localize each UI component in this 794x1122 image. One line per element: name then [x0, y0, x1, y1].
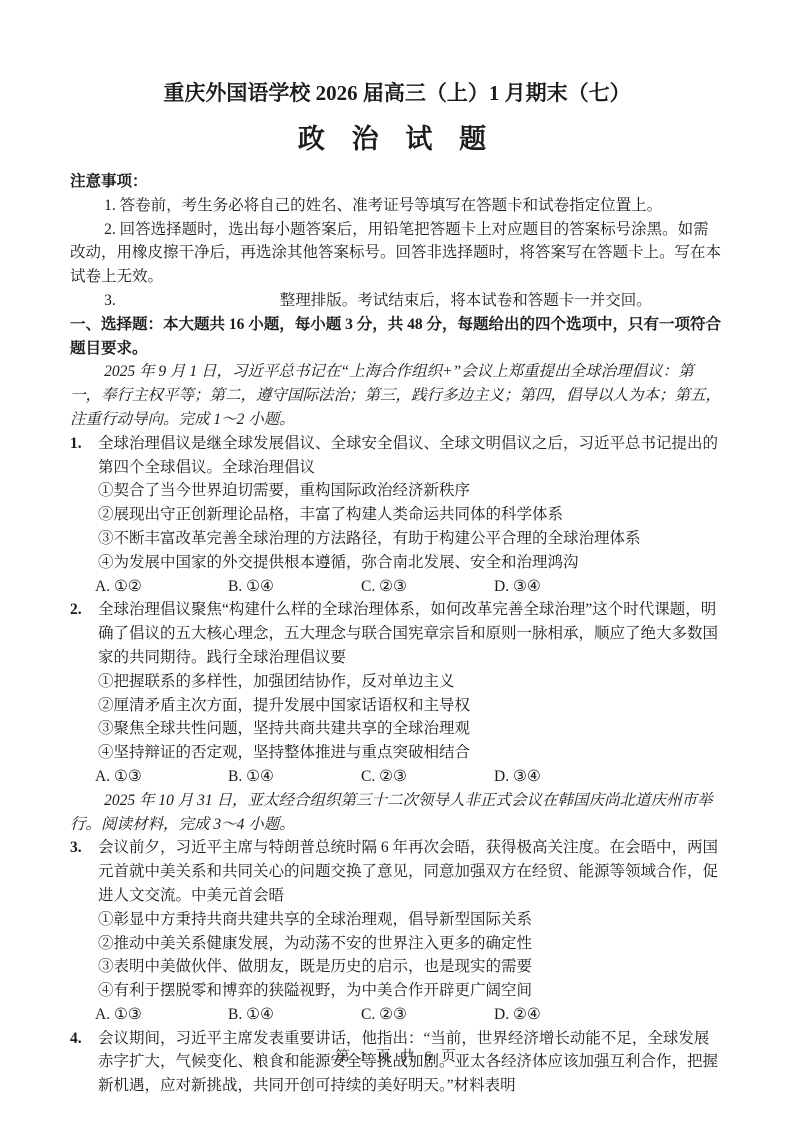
question-1-item-3: ③不断丰富改革完善全球治理的方法路径，有助于构建公平合理的全球治理体系 [98, 527, 724, 551]
question-2: 2.全球治理倡议聚焦“构建什么样的全球治理体系，如何改革完善全球治理”这个时代课… [70, 598, 724, 788]
question-1-option-a: A. ①② [95, 575, 228, 599]
question-1-options: A. ①②B. ①④C. ②③D. ③④ [95, 575, 724, 599]
question-1-option-d: D. ③④ [494, 575, 541, 599]
question-3-stem: 3.会议前夕，习近平主席与特朗普总统时隔 6 年再次会晤，获得极高关注度。在会晤… [98, 836, 724, 907]
notice-item-3-suffix: 整理排版。考试结束后，将本试卷和答题卡一并交回。 [280, 292, 652, 309]
page-footer: 第 1 页 共 6 页 [0, 1045, 794, 1066]
question-2-item-2: ②厘清矛盾主次方面，提升发展中国家话语权和主导权 [98, 694, 724, 718]
exam-paper-page: 重庆外国语学校 2026 届高三（上）1 月期末（七） 政 治 试 题 注意事项… [0, 0, 794, 1122]
notices-heading: 注意事项： [70, 170, 724, 194]
question-1-item-2: ②展现出守正创新理论品格，丰富了构建人类命运共同体的科学体系 [98, 503, 724, 527]
question-2-option-d: D. ③④ [494, 765, 541, 789]
page-title: 重庆外国语学校 2026 届高三（上）1 月期末（七） [70, 78, 724, 108]
question-3-options: A. ①③B. ①④C. ②③D. ②④ [95, 1003, 724, 1027]
question-3-option-d: D. ②④ [494, 1003, 541, 1027]
question-3-option-c: C. ②③ [361, 1003, 494, 1027]
notice-item-1: 1. 答卷前，考生务必将自己的姓名、准考证号等填写在答题卡和试卷指定位置上。 [70, 194, 724, 218]
question-2-item-1: ①把握联系的多样性，加强团结协作，反对单边主义 [98, 670, 724, 694]
question-2-stem-text: 全球治理倡议聚焦“构建什么样的全球治理体系，如何改革完善全球治理”这个时代课题，… [98, 601, 718, 666]
question-2-item-3: ③聚焦全球共性问题，坚持共商共建共享的全球治理观 [98, 717, 724, 741]
question-3-option-b: B. ①④ [228, 1003, 361, 1027]
material-intro-2: 2025 年 10 月 31 日，亚太经合组织第三十二次领导人非正式会议在韩国庆… [70, 789, 724, 837]
page-subtitle: 政 治 试 题 [70, 120, 724, 158]
notice-item-3-blank-space [116, 304, 280, 305]
question-2-option-a: A. ①③ [95, 765, 228, 789]
question-1: 1.全球治理倡议是继全球发展倡议、全球安全倡议、全球文明倡议之后，习近平总书记提… [70, 432, 724, 599]
question-3: 3.会议前夕，习近平主席与特朗普总统时隔 6 年再次会晤，获得极高关注度。在会晤… [70, 836, 724, 1026]
question-1-option-c: C. ②③ [361, 575, 494, 599]
material-intro-1: 2025 年 9 月 1 日，习近平总书记在“上海合作组织+”会议上郑重提出全球… [70, 360, 724, 431]
question-3-item-2: ②推动中美关系健康发展，为动荡不安的世界注入更多的确定性 [98, 932, 724, 956]
page-content: 重庆外国语学校 2026 届高三（上）1 月期末（七） 政 治 试 题 注意事项… [70, 78, 724, 1098]
question-3-item-4: ④有利于摆脱零和博弈的狭隘视野，为中美合作开辟更广阔空间 [98, 979, 724, 1003]
question-3-number: 3. [70, 836, 98, 860]
question-2-options: A. ①③B. ①④C. ②③D. ③④ [95, 765, 724, 789]
question-3-option-a: A. ①③ [95, 1003, 228, 1027]
notice-item-3-prefix: 3. [104, 292, 116, 309]
question-1-stem-text: 全球治理倡议是继全球发展倡议、全球安全倡议、全球文明倡议之后，习近平总书记提出的… [98, 435, 718, 476]
question-1-item-1: ①契合了当今世界迫切需要，重构国际政治经济新秩序 [98, 479, 724, 503]
question-3-item-1: ①彰显中方秉持共商共建共享的全球治理观，倡导新型国际关系 [98, 908, 724, 932]
question-1-item-4: ④为发展中国家的外交提供根本遵循，弥合南北发展、安全和治理鸿沟 [98, 551, 724, 575]
question-2-option-c: C. ②③ [361, 765, 494, 789]
question-1-number: 1. [70, 432, 98, 456]
question-1-option-b: B. ①④ [228, 575, 361, 599]
section-heading-choice-questions: 一、选择题：本大题共 16 小题，每小题 3 分，共 48 分，每题给出的四个选… [70, 313, 724, 361]
notice-item-2: 2. 回答选择题时，选出每小题答案后，用铅笔把答题卡上对应题目的答案标号涂黑。如… [70, 218, 724, 289]
notice-item-3: 3.整理排版。考试结束后，将本试卷和答题卡一并交回。 [70, 289, 724, 313]
question-2-item-4: ④坚持辩证的否定观，坚持整体推进与重点突破相结合 [98, 741, 724, 765]
question-2-option-b: B. ①④ [228, 765, 361, 789]
page-body: 注意事项： 1. 答卷前，考生务必将自己的姓名、准考证号等填写在答题卡和试卷指定… [70, 170, 724, 1098]
question-1-stem: 1.全球治理倡议是继全球发展倡议、全球安全倡议、全球文明倡议之后，习近平总书记提… [98, 432, 724, 480]
question-3-stem-text: 会议前夕，习近平主席与特朗普总统时隔 6 年再次会晤，获得极高关注度。在会晤中，… [98, 839, 718, 904]
question-2-stem: 2.全球治理倡议聚焦“构建什么样的全球治理体系，如何改革完善全球治理”这个时代课… [98, 598, 724, 669]
question-3-item-3: ③表明中美做伙伴、做朋友，既是历史的启示，也是现实的需要 [98, 955, 724, 979]
question-2-number: 2. [70, 598, 98, 622]
